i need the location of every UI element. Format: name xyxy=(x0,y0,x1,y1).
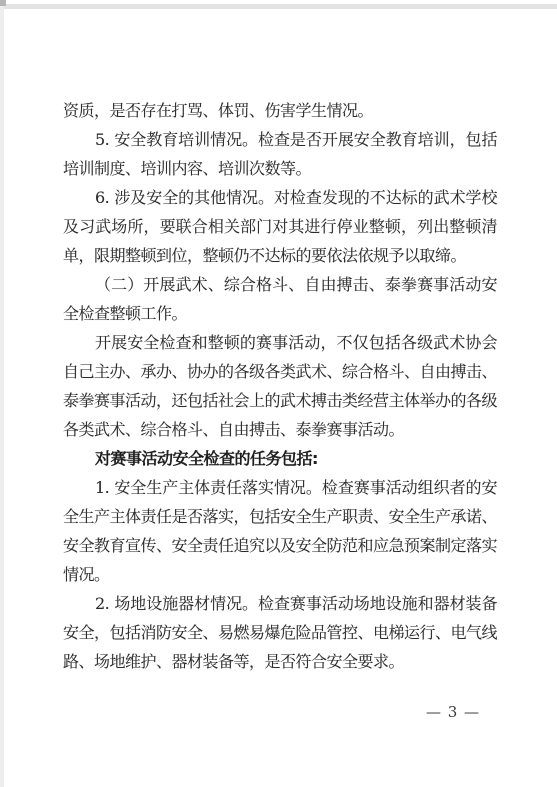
scan-edge-top-artifact xyxy=(0,4,557,9)
heading-task-list: 对赛事活动安全检查的任务包括: xyxy=(63,444,497,473)
paragraph-item-5-training: 5. 安全教育培训情况。检查是否开展安全教育培训，包括培训制度、培训内容、培训次… xyxy=(63,125,497,183)
paragraph-task-2: 2. 场地设施器材情况。检查赛事活动场地设施和器材装备安全，包括消防安全、易燃易… xyxy=(63,589,497,676)
document-body: 资质，是否存在打骂、体罚、伤害学生情况。 5. 安全教育培训情况。检查是否开展安… xyxy=(63,96,497,676)
scan-edge-left-artifact xyxy=(0,0,4,787)
page-number: — 3 — xyxy=(408,701,498,723)
scan-corner-mark xyxy=(0,0,6,6)
paragraph-item-6-other: 6. 涉及安全的其他情况。对检查发现的不达标的武术学校及习武场所，要联合相关部门… xyxy=(63,183,497,270)
paragraph-task-1: 1. 安全生产主体责任落实情况。检查赛事活动组织者的安全生产主体责任是否落实，包… xyxy=(63,473,497,589)
paragraph-scope: 开展安全检查和整顿的赛事活动，不仅包括各级武术协会自己主办、承办、协办的各级各类… xyxy=(63,328,497,444)
paragraph-continuation: 资质，是否存在打骂、体罚、伤害学生情况。 xyxy=(63,96,497,125)
heading-section-2: （二）开展武术、综合格斗、自由搏击、泰拳赛事活动安全检查整顿工作。 xyxy=(63,270,497,328)
